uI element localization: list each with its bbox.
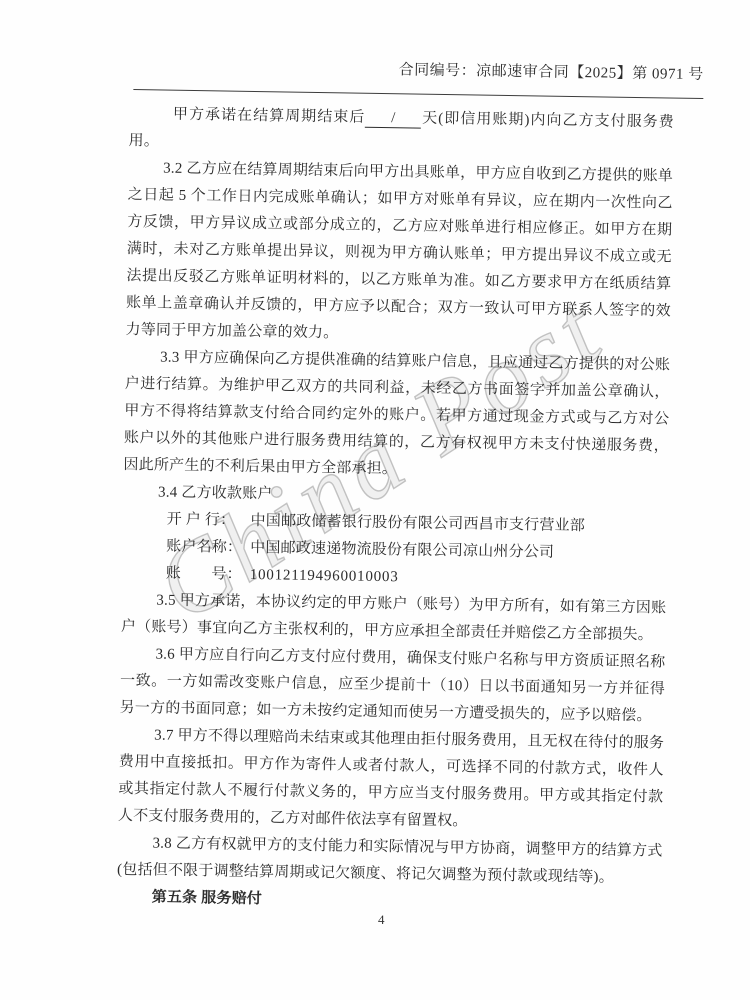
bank-name-label: 开 户 行： bbox=[166, 507, 248, 535]
bank-name-value: 中国邮政储蓄银行股份有限公司西昌市支行营业部 bbox=[248, 513, 585, 534]
intro-text-before: 甲方承诺在结算周期结束后 bbox=[173, 107, 366, 126]
contract-body: 甲方承诺在结算周期结束后/天(即信用账期)内向乙方支付服务费用。 3.2 乙方应… bbox=[116, 101, 674, 919]
contract-number-header: 合同编号：凉邮速审合同【2025】第 0971 号 bbox=[133, 50, 704, 99]
account-name-label: 账户名称： bbox=[166, 534, 248, 562]
clause-3-6: 3.6 甲方应自行向乙方支付应付费用，确保支付账户名称与甲方资质证照名称一致。一… bbox=[119, 641, 665, 731]
clause-3-3: 3.3 甲方应确保向乙方提供准确的结算账户信息，且应通过乙方提供的对公账户进行结… bbox=[123, 344, 670, 488]
account-number-value: 100121194960010003 bbox=[248, 567, 399, 585]
scanned-contract-page: China Post 合同编号：凉邮速审合同【2025】第 0971 号 甲方承… bbox=[0, 0, 750, 1000]
clause-3-8: 3.8 乙方有权就甲方的支付能力和实际情况与甲方协商，调整甲方的结算方式(包括但… bbox=[117, 830, 663, 893]
page-content: 合同编号：凉邮速审合同【2025】第 0971 号 甲方承诺在结算周期结束后/天… bbox=[116, 50, 674, 919]
clause-3-2: 3.2 乙方应在结算周期结束后向甲方出具账单，甲方应自收到乙方提供的账单之日起 … bbox=[125, 155, 673, 353]
clause-3-5: 3.5 甲方承诺，本协议约定的甲方账户（账号）为甲方所有，如有第三方因账户（账号… bbox=[121, 587, 667, 650]
clause-3-1-payment-term-line: 甲方承诺在结算周期结束后/天(即信用账期)内向乙方支付服务费用。 bbox=[128, 101, 674, 164]
account-name-value: 中国邮政速递物流股份有限公司凉山州分公司 bbox=[248, 540, 554, 561]
credit-days-blank-field: / bbox=[365, 110, 421, 129]
account-number-label: 账 号： bbox=[166, 561, 248, 589]
page-number: 4 bbox=[378, 912, 385, 928]
clause-3-7: 3.7 甲方不得以理赔尚未结束或其他理由拒付服务费用，且无权在待付的服务费用中直… bbox=[118, 722, 665, 839]
